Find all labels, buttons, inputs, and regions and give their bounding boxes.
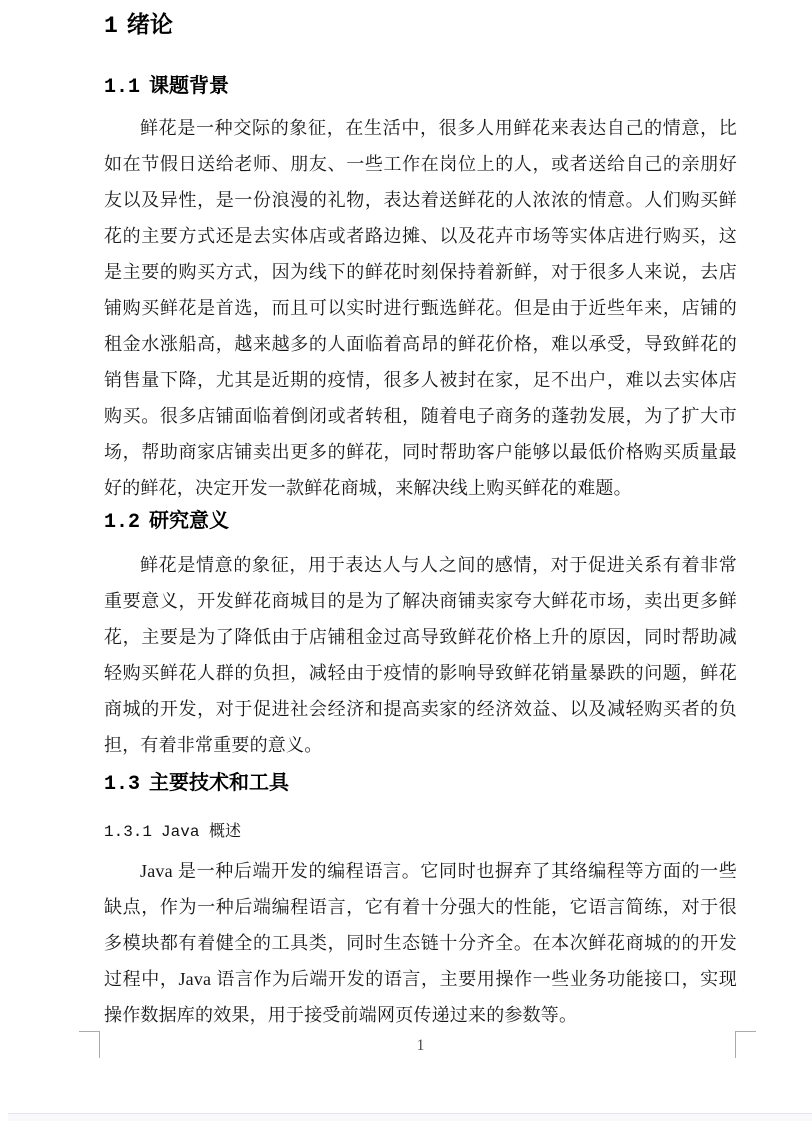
- text-boundary-corner-right-icon: [735, 1031, 756, 1058]
- section-number: 1.2: [104, 511, 140, 534]
- chapter-number: 1: [104, 13, 118, 39]
- section-title: 课题背景: [149, 75, 229, 97]
- paragraph-background: 鲜花是一种交际的象征，在生活中，很多人用鲜花来表达自己的情意，比如在节假日送给老…: [104, 110, 737, 506]
- section-heading-significance: 1.2研究意义: [104, 508, 737, 536]
- section-heading-background: 1.1课题背景: [104, 73, 737, 101]
- paragraph-significance: 鲜花是情意的象征，用于表达人与人之间的感情，对于促进关系有着非常重要意义，开发鲜…: [104, 547, 737, 763]
- document-page-content: 1绪论 1.1课题背景 鲜花是一种交际的象征，在生活中，很多人用鲜花来表达自己的…: [104, 0, 737, 1033]
- subsection-heading-java: 1.3.1Java 概述: [104, 821, 737, 843]
- section-number: 1.1: [104, 76, 140, 99]
- section-number: 1.3: [104, 773, 140, 796]
- subsection-title: Java 概述: [161, 823, 241, 841]
- section-title: 研究意义: [149, 510, 229, 532]
- section-title: 主要技术和工具: [149, 772, 289, 794]
- subsection-number: 1.3.1: [104, 823, 152, 841]
- chapter-title: 绪论: [127, 11, 173, 37]
- chapter-heading: 1绪论: [104, 9, 737, 41]
- section-heading-technology: 1.3主要技术和工具: [104, 770, 737, 798]
- paragraph-java-overview: Java 是一种后端开发的编程语言。它同时也摒弃了其络编程等方面的一些缺点，作为…: [104, 853, 737, 1033]
- page-number: 1: [104, 1036, 737, 1056]
- page-edge-divider: [8, 1113, 812, 1121]
- text-boundary-corner-left-icon: [79, 1031, 100, 1058]
